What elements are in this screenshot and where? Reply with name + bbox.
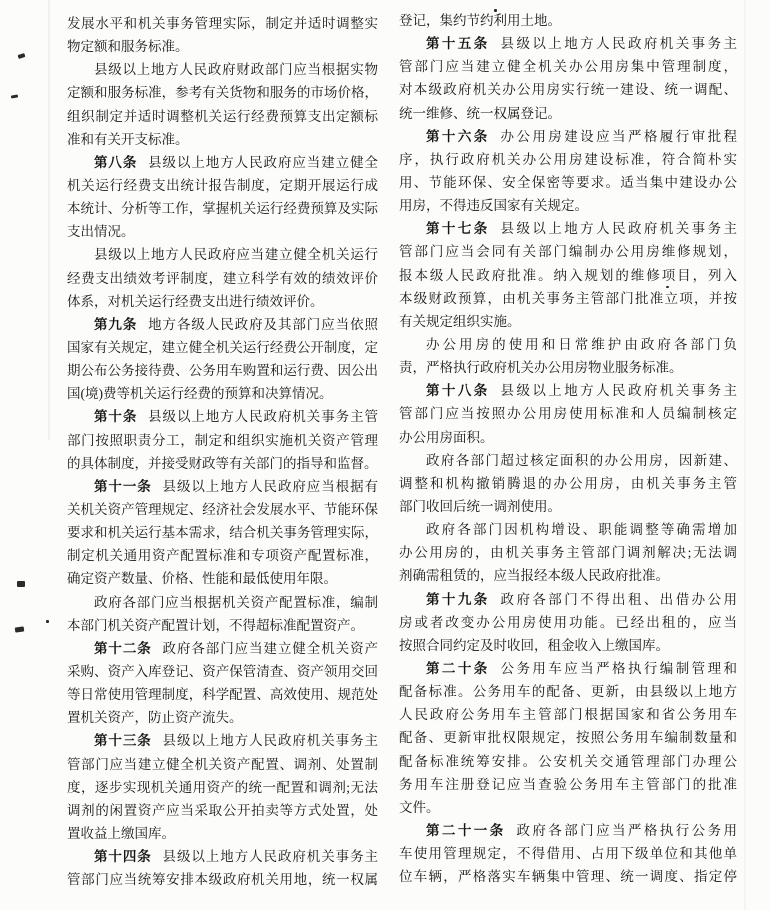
article-number: 第十九条 xyxy=(426,592,490,607)
scan-speck xyxy=(494,9,497,12)
article-heading-line: 第八条县级以上地方人民政府应当建立健全 xyxy=(67,151,378,174)
scan-speck xyxy=(15,626,25,632)
article-number: 第二十一条 xyxy=(426,823,506,838)
text-line: 用、节能环保、安全保密等要求。适当集中建设办公 xyxy=(399,171,737,194)
text-line: 调整和机构撤销腾退的办公用房，由机关事务主管 xyxy=(399,472,737,495)
scan-streak xyxy=(744,0,746,910)
text-line: 管部门应当会同有关部门编制办公用房维修规划， xyxy=(399,240,737,263)
text-line: 调剂的闲置资产应当采取公开拍卖等方式处置，处 xyxy=(67,799,378,822)
article-number: 第十七条 xyxy=(426,221,490,236)
text-line: 本级财政预算，由机关事务主管部门批准立项，并按 xyxy=(399,287,737,310)
article-number: 第十一条 xyxy=(94,479,152,494)
text-line: 配备标准。公务用车的配备、更新，由县级以上地方 xyxy=(399,680,737,703)
text-line: 办公用房面积。 xyxy=(399,426,737,449)
text-line: 置机关资产，防止资产流失。 xyxy=(67,706,378,729)
article-number: 第九条 xyxy=(94,317,137,332)
article-heading-line: 第十三条县级以上地方人民政府机关事务主 xyxy=(67,729,378,752)
text-line: 配备、更新审批权限规定，按照公务用车编制数量和 xyxy=(399,726,737,749)
text-line: 关机关资产管理规定、经济社会发展水平、节能环保 xyxy=(67,498,378,521)
article-number: 第十六条 xyxy=(426,129,490,144)
text-line: 体系，对机关运行经费支出进行绩效评价。 xyxy=(67,290,378,313)
article-heading-line: 第十六条办公用房建设应当严格履行审批程 xyxy=(399,125,737,148)
text-line: 县级以上地方人民政府财政部门应当根据实物 xyxy=(67,58,378,81)
text-line: 报本级人民政府批准。纳入规划的维修项目，列入 xyxy=(399,264,737,287)
text-line: 组织制定并适时调整机关运行经费预算支出定额标 xyxy=(67,105,378,128)
text-line: 支出情况。 xyxy=(67,220,378,243)
text-line: 物定额和服务标准。 xyxy=(67,35,378,58)
text-line: 房或者改变办公用房使用功能。已经出租的，应当 xyxy=(399,611,737,634)
text-line: 务用车注册登记应当查验公务用车主管部门的批准 xyxy=(399,773,737,796)
article-heading-line: 第九条地方各级人民政府及其部门应当依照 xyxy=(67,313,378,336)
text-line: 人民政府公务用车主管部门根据国家和省公务用车 xyxy=(399,703,737,726)
text-line: 剂确需租赁的，应当报经本级人民政府批准。 xyxy=(399,564,737,587)
text-line: 有关规定组织实施。 xyxy=(399,310,737,333)
text-line: 责，严格执行政府机关办公用房物业服务标准。 xyxy=(399,356,737,379)
article-number: 第十条 xyxy=(94,409,137,424)
text-line: 发展水平和机关事务管理实际，制定并适时调整实 xyxy=(67,12,378,35)
article-number: 第二十条 xyxy=(426,661,490,676)
text-line: 要求和机关运行基本需求，结合机关事务管理实际， xyxy=(67,521,378,544)
article-heading-line: 第二十一条政府各部门应当严格执行公务用 xyxy=(399,819,737,842)
text-line: 配备标准统筹安排。公安机关交通管理部门办理公 xyxy=(399,750,737,773)
text-line: 部门按照职责分工，制定和组织实施机关资产管理 xyxy=(67,429,378,452)
article-heading-line: 第十五条县级以上地方人民政府机关事务主 xyxy=(399,32,737,55)
text-line: 管部门应当建立健全机关办公用房集中管理制度， xyxy=(399,55,737,78)
scan-streak xyxy=(48,0,50,440)
text-line: 制定机关通用资产配置标准和专项资产配置标准， xyxy=(67,544,378,567)
article-heading-line: 第十条县级以上地方人民政府机关事务主管 xyxy=(67,405,378,428)
text-line: 管部门应当统筹安排本级政府机关用地，统一权属 xyxy=(67,868,378,891)
text-line: 本统计、分析等工作，掌握机关运行经费预算及实际 xyxy=(67,197,378,220)
text-line: 用房，不得违反国家有关规定。 xyxy=(399,194,737,217)
scan-speck xyxy=(17,581,25,587)
article-number: 第十五条 xyxy=(426,36,490,51)
article-heading-line: 第十九条政府各部门不得出租、出借办公用 xyxy=(399,588,737,611)
article-number: 第十三条 xyxy=(94,733,152,748)
article-heading-line: 第十二条政府各部门应当建立健全机关资产 xyxy=(67,637,378,660)
text-line: 国家有关规定，建立健全机关运行经费公开制度，定 xyxy=(67,336,378,359)
text-line: 文件。 xyxy=(399,796,737,819)
text-line: 的具体制度，并接受财政等有关部门的指导和监督。 xyxy=(67,452,378,475)
text-line: 政府各部门应当根据机关资产配置标准，编制 xyxy=(67,591,378,614)
text-line: 采购、资产入库登记、资产保管清查、资产领用交回 xyxy=(67,660,378,683)
scanned-document-page: 发展水平和机关事务管理实际，制定并适时调整实物定额和服务标准。县级以上地方人民政… xyxy=(0,0,770,910)
text-line: 登记，集约节约利用土地。 xyxy=(399,9,737,32)
text-line: 经费支出绩效考评制度，建立科学有效的绩效评价 xyxy=(67,267,378,290)
text-line: 县级以上地方人民政府应当建立健全机关运行 xyxy=(67,243,378,266)
text-line: 序，执行政府机关办公用房建设标准，符合简朴实 xyxy=(399,148,737,171)
text-line: 位车辆，严格落实车辆集中管理、统一调度、指定停 xyxy=(399,865,737,888)
article-number: 第十四条 xyxy=(94,849,152,864)
text-line: 准和有关开支标准。 xyxy=(67,128,378,151)
text-line: 期公布公务接待费、公务用车购置和运行费、因公出 xyxy=(67,359,378,382)
text-line: 机关运行经费支出统计报告制度，定期开展运行成 xyxy=(67,174,378,197)
text-line: 度，逐步实现机关通用资产的统一配置和调剂;无法 xyxy=(67,776,378,799)
text-line: 确定资产数量、价格、性能和最低使用年限。 xyxy=(67,567,378,590)
text-line: 部门收回后统一调剂使用。 xyxy=(399,495,737,518)
article-number: 第十八条 xyxy=(426,383,490,398)
scan-speck xyxy=(18,53,26,59)
article-heading-line: 第十八条县级以上地方人民政府机关事务主 xyxy=(399,379,737,402)
article-number: 第十二条 xyxy=(94,641,152,656)
article-number: 第八条 xyxy=(94,155,137,170)
text-line: 定额和服务标准，参考有关货物和服务的市场价格， xyxy=(67,81,378,104)
text-line: 办公用房的使用和日常维护由政府各部门负 xyxy=(399,333,737,356)
text-line: 对本级政府机关办公用房实行统一建设、统一调配、 xyxy=(399,78,737,101)
scan-speck xyxy=(666,286,669,288)
article-heading-line: 第十四条县级以上地方人民政府机关事务主 xyxy=(67,845,378,868)
text-line: 统一维修、统一权属登记。 xyxy=(399,102,737,125)
text-line: 车使用管理规定，不得借用、占用下级单位和其他单 xyxy=(399,842,737,865)
text-line: 本部门机关资产配置计划，不得超标准配置资产。 xyxy=(67,614,378,637)
scan-speck xyxy=(11,94,18,98)
text-line: 管部门应当建立健全机关资产配置、调剂、处置制 xyxy=(67,753,378,776)
text-line: 等日常使用管理制度，科学配置、高效使用、规范处 xyxy=(67,683,378,706)
text-column-right: 登记，集约节约利用土地。第十五条县级以上地方人民政府机关事务主管部门应当建立健全… xyxy=(399,9,737,888)
text-column-left: 发展水平和机关事务管理实际，制定并适时调整实物定额和服务标准。县级以上地方人民政… xyxy=(67,12,378,891)
text-line: 按照合同约定及时收回，租金收入上缴国库。 xyxy=(399,634,737,657)
text-line: 置收益上缴国库。 xyxy=(67,822,378,845)
text-line: 政府各部门因机构增设、职能调整等确需增加 xyxy=(399,518,737,541)
text-line: 国(境)费等机关运行经费的预算和决算情况。 xyxy=(67,382,378,405)
text-line: 政府各部门超过核定面积的办公用房，因新建、 xyxy=(399,449,737,472)
article-heading-line: 第二十条公务用车应当严格执行编制管理和 xyxy=(399,657,737,680)
article-heading-line: 第十一条县级以上地方人民政府应当根据有 xyxy=(67,475,378,498)
text-line: 办公用房的，由机关事务主管部门调剂解决;无法调 xyxy=(399,541,737,564)
article-heading-line: 第十七条县级以上地方人民政府机关事务主 xyxy=(399,217,737,240)
scan-speck xyxy=(46,620,49,623)
text-line: 管部门应当按照办公用房使用标准和人员编制核定 xyxy=(399,402,737,425)
